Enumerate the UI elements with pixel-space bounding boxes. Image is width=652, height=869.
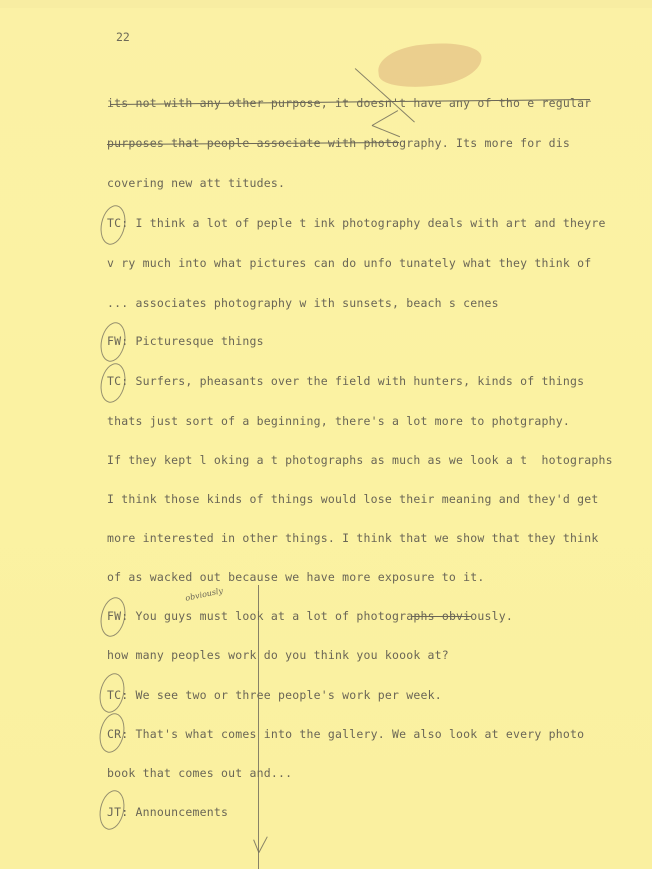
line-text: That's what comes into the gallery. We a… — [136, 727, 585, 741]
speaker-label: JT: — [107, 805, 128, 819]
strikethrough-obviously — [412, 616, 472, 617]
speaker-label: TC: — [107, 216, 128, 230]
transcript-line-8: TC: Surfers, pheasants over the field wi… — [107, 374, 584, 388]
transcript-line-13: of as wacked out because we have more ex… — [107, 570, 485, 584]
transcript-line-9: thats just sort of a beginning, there's … — [107, 414, 570, 428]
pencil-arrow-down-right — [258, 836, 268, 853]
transcript-line-4: TC: I think a lot of peple t ink photogr… — [107, 216, 606, 230]
handwritten-insert: obviously — [184, 586, 223, 603]
line-text: Announcements — [136, 805, 229, 819]
transcript-line-12: more interested in other things. I think… — [107, 531, 599, 545]
pencil-arrowhead-left — [372, 110, 399, 126]
transcript-line-15: how many peoples work do you think you k… — [107, 648, 449, 662]
transcript-line-11: I think those kinds of things would lose… — [107, 492, 599, 506]
typewritten-page: 22 its not with any other purpose, it do… — [0, 0, 652, 869]
page-top-edge — [0, 0, 652, 8]
line-text: Picturesque things — [136, 334, 264, 348]
transcript-line-10: If they kept l oking a t photographs as … — [107, 453, 613, 467]
line-text: I think a lot of peple t ink photography… — [136, 216, 606, 230]
speaker-label: TC: — [107, 688, 128, 702]
speaker-label: FW: — [107, 609, 128, 623]
speaker-label: TC: — [107, 374, 128, 388]
line-text: We see two or three people's work per we… — [136, 688, 442, 702]
transcript-line-3: covering new att titudes. — [107, 176, 285, 190]
speaker-label: CR: — [107, 727, 128, 741]
transcript-line-5: v ry much into what pictures can do unfo… — [107, 256, 591, 270]
transcript-line-18: book that comes out and... — [107, 766, 292, 780]
transcript-line-16: TC: We see two or three people's work pe… — [107, 688, 442, 702]
pencil-vertical-line — [258, 585, 259, 869]
line-text: Surfers, pheasants over the field with h… — [136, 374, 585, 388]
speaker-label: FW: — [107, 334, 128, 348]
transcript-line-19: JT: Announcements — [107, 805, 228, 819]
page-number: 22 — [116, 30, 130, 44]
transcript-line-6: ... associates photography w ith sunsets… — [107, 296, 499, 310]
coffee-stain — [376, 39, 484, 92]
transcript-line-17: CR: That's what comes into the gallery. … — [107, 727, 584, 741]
transcript-line-7: FW: Picturesque things — [107, 334, 264, 348]
